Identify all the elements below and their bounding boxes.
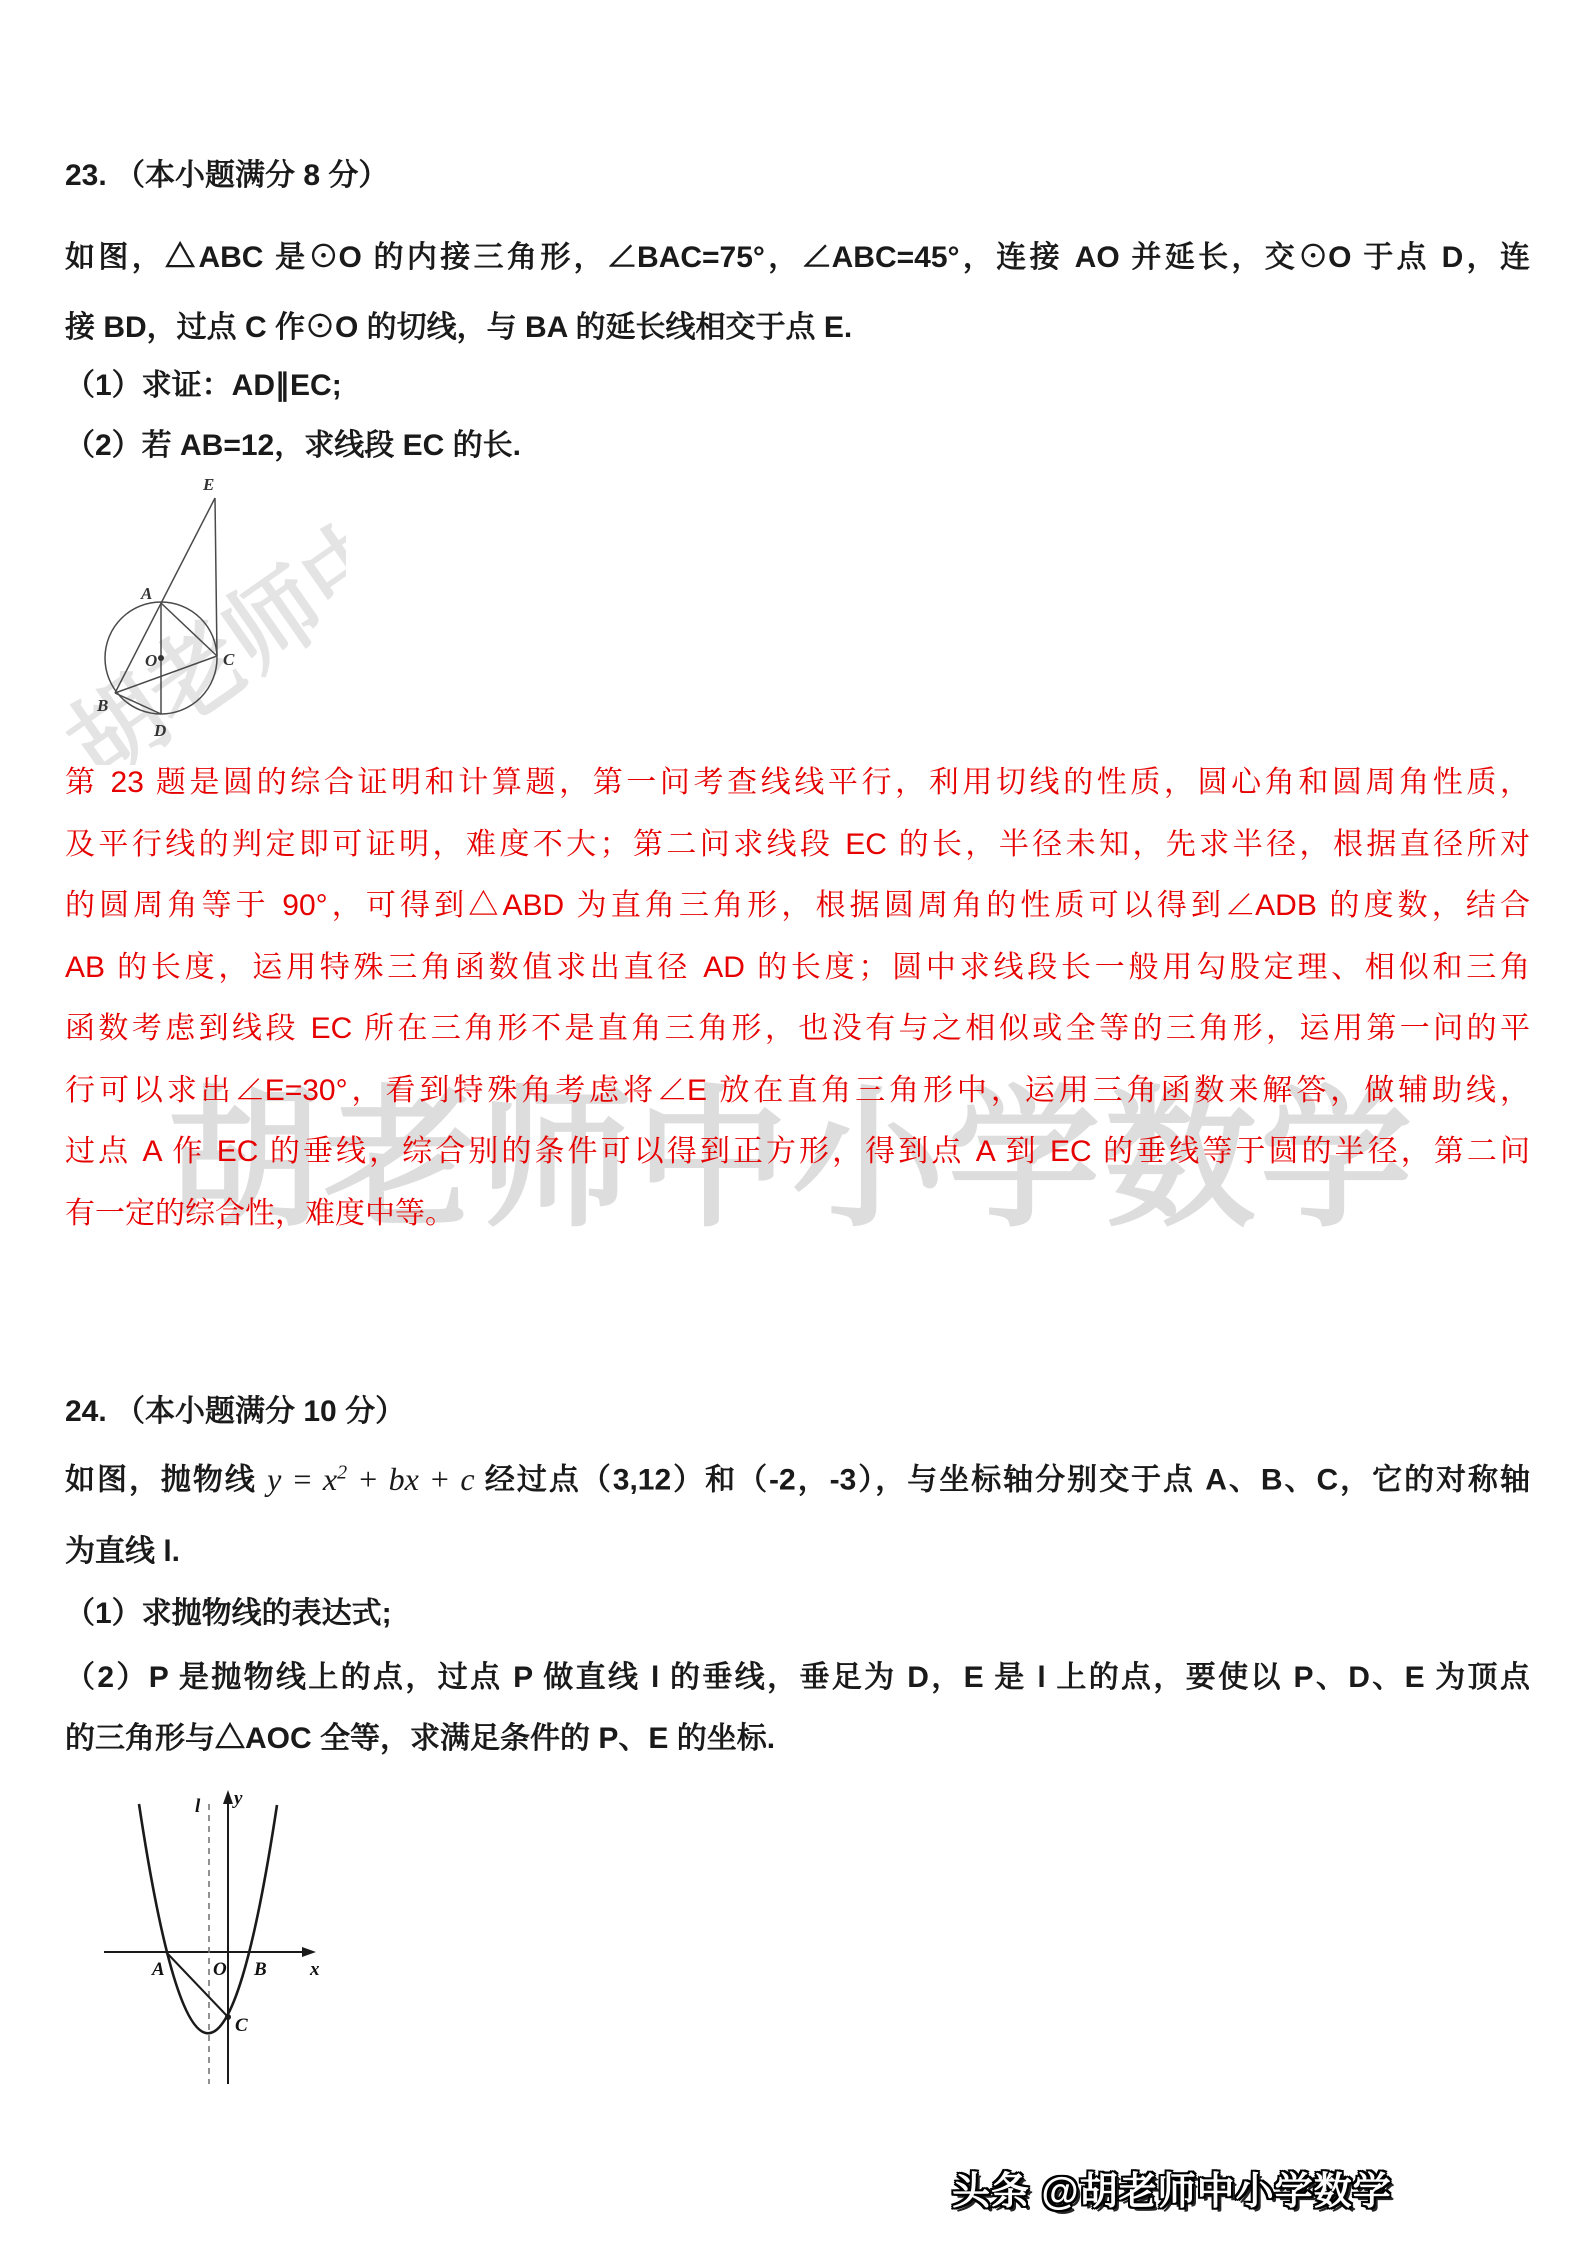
problem-24-part-2-line-2: 的三角形与△AOC 全等，求满足条件的 P、E 的坐标.: [65, 1719, 1530, 1759]
commentary-line-2: 及平行线的判定即可证明，难度不大；第二问求线段 EC 的长，半径未知，先求半径，…: [65, 825, 1530, 867]
problem-24-line1-pre: 如图，抛物线: [65, 1464, 267, 1497]
commentary-line-7: 过点 A 作 EC 的垂线，综合别的条件可以得到正方形，得到点 A 到 EC 的…: [65, 1132, 1530, 1174]
label-C: C: [223, 650, 235, 669]
point-C-dot: [225, 2014, 231, 2020]
line-BE: [115, 498, 215, 693]
commentary-line-5: 函数考虑到线段 EC 所在三角形不是直角三角形，也没有与之相似或全等的三角形，运…: [65, 1009, 1530, 1051]
label-A: A: [151, 1959, 165, 1980]
label-y-axis: y: [232, 1788, 243, 1809]
problem-24-part-2-line-1: （2）P 是抛物线上的点，过点 P 做直线 l 的垂线，垂足为 D，E 是 l …: [65, 1658, 1530, 1700]
problem-23-body-line-2: 接 BD，过点 C 作⊙O 的切线，与 BA 的延长线相交于点 E.: [65, 308, 1530, 348]
exam-page: 胡老师中小学数学 胡老师中小学数学 23. （本小题满分 8 分） 如图，△AB…: [0, 0, 1587, 2245]
label-O: O: [145, 651, 157, 670]
label-x-axis: x: [309, 1959, 320, 1980]
y-axis-arrow: [223, 1790, 233, 1804]
problem-23-part-1: （1）求证：AD∥EC;: [65, 366, 1530, 406]
circle-figure: E A O B C D: [55, 470, 285, 752]
problem-23-body-line-1: 如图，△ABC 是⊙O 的内接三角形，∠BAC=75°，∠ABC=45°，连接 …: [65, 238, 1530, 280]
formula-exponent: 2: [337, 1461, 347, 1483]
center-dot: [158, 655, 164, 661]
line-BD: [115, 693, 161, 714]
commentary-line-1: 第 23 题是圆的综合证明和计算题，第一问考查线线平行，利用切线的性质，圆心角和…: [65, 763, 1530, 805]
problem-24-line1-post: 经过点（3,12）和（-2，-3），与坐标轴分别交于点 A、B、C，它的对称轴: [475, 1464, 1530, 1497]
label-l-line: l: [195, 1796, 201, 1817]
label-D: D: [153, 721, 166, 740]
label-A: A: [140, 584, 152, 603]
parabola-formula: y = x2 + bx + c: [267, 1461, 474, 1497]
label-C: C: [235, 2015, 248, 2036]
label-E: E: [202, 475, 214, 494]
parabola-figure: y x l A O B C: [58, 1788, 320, 2084]
label-O: O: [213, 1959, 227, 1980]
line-EC-tangent: [215, 498, 217, 656]
problem-24-part-1: （1）求抛物线的表达式;: [65, 1594, 1530, 1634]
commentary-line-6: 行可以求出∠E=30°，看到特殊角考虑将∠E 放在直角三角形中，运用三角函数来解…: [65, 1071, 1530, 1113]
parabola-curve: [139, 1804, 277, 2033]
x-axis-arrow: [302, 1947, 316, 1957]
commentary-line-4: AB 的长度，运用特殊三角函数值求出直径 AD 的长度；圆中求线段长一般用勾股定…: [65, 948, 1530, 990]
problem-23-heading: 23. （本小题满分 8 分）: [65, 156, 1530, 196]
problem-24-body-line-1: 如图，抛物线 y = x2 + bx + c 经过点（3,12）和（-2，-3）…: [65, 1452, 1530, 1502]
branding-watermark: 头条 @胡老师中小学数学: [952, 2160, 1392, 2215]
commentary-line-3: 的圆周角等于 90°，可得到△ABD 为直角三角形，根据圆周角的性质可以得到∠A…: [65, 886, 1530, 928]
label-B: B: [96, 696, 108, 715]
problem-23-part-2: （2）若 AB=12，求线段 EC 的长.: [65, 426, 1530, 466]
problem-24-heading: 24. （本小题满分 10 分）: [65, 1392, 1530, 1432]
formula-tail: + bx + c: [347, 1461, 474, 1497]
label-B: B: [253, 1959, 267, 1980]
commentary-line-8: 有一定的综合性，难度中等。: [65, 1194, 1530, 1234]
problem-24-body-line-2: 为直线 l.: [65, 1532, 1530, 1572]
formula-base: y = x: [267, 1461, 337, 1497]
